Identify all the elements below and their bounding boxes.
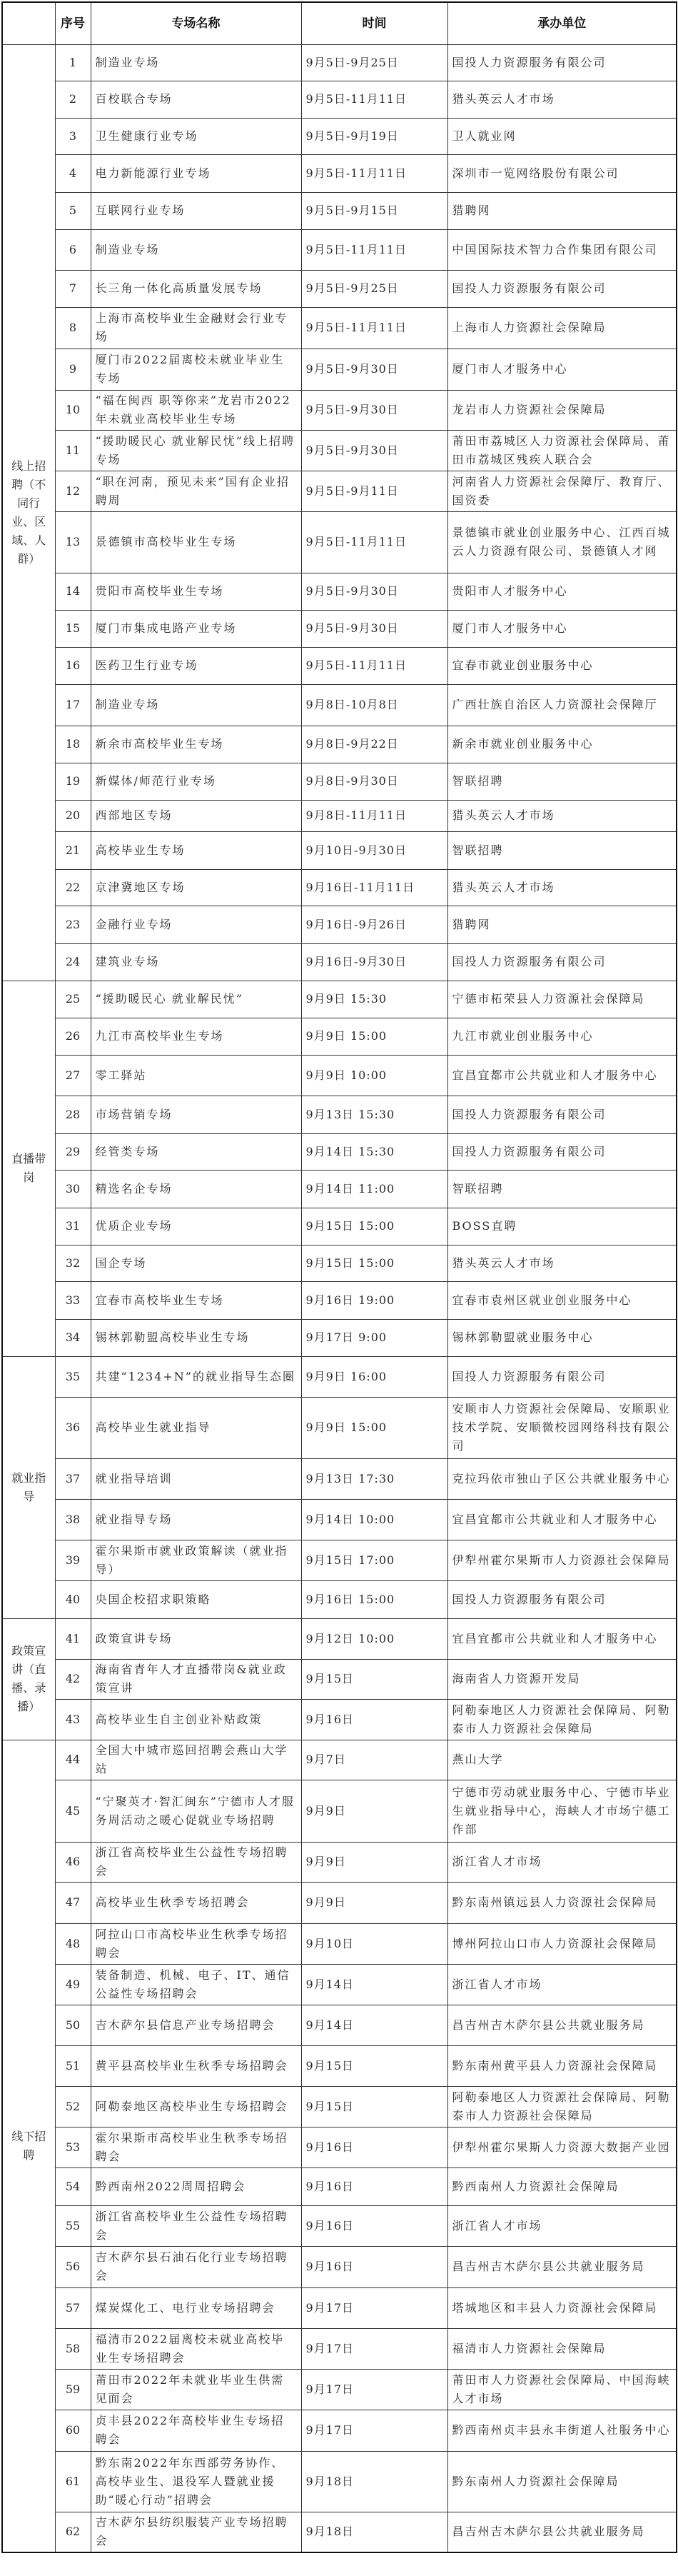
- seq-cell: 49: [55, 1964, 91, 2005]
- seq-cell: 27: [55, 1055, 91, 1096]
- org-cell: 安顺市人力资源社会保障局、安顺职业技术学院、安顺微校园网络科技有限公司: [447, 1397, 677, 1458]
- name-cell: 景德镇市高校毕业生专场: [91, 511, 301, 573]
- time-cell: 9月15日 15:00: [301, 1245, 447, 1281]
- header-org: 承办单位: [447, 2, 677, 44]
- seq-cell: 20: [55, 800, 91, 831]
- seq-cell: 23: [55, 906, 91, 943]
- time-cell: 9月16日: [301, 2127, 447, 2167]
- seq-cell: 28: [55, 1096, 91, 1133]
- org-cell: 智联招聘: [447, 1170, 677, 1208]
- seq-cell: 30: [55, 1170, 91, 1208]
- seq-cell: 26: [55, 1018, 91, 1055]
- time-cell: 9月9日 15:00: [301, 1018, 447, 1055]
- time-cell: 9月16日: [301, 2205, 447, 2246]
- org-cell: 国投人力资源服务有限公司: [447, 1356, 677, 1397]
- time-cell: 9月17日: [301, 2328, 447, 2369]
- name-cell: 高校毕业生就业指导: [91, 1397, 301, 1458]
- table-row: 56吉木萨尔县石油石化行业专场招聘会9月16日昌吉州吉木萨尔县公共就业服务局: [2, 2246, 677, 2287]
- org-cell: 国投人力资源服务有限公司: [447, 1580, 677, 1618]
- org-cell: 国投人力资源服务有限公司: [447, 44, 677, 81]
- org-cell: 福清市人力资源社会保障局: [447, 2328, 677, 2369]
- seq-cell: 41: [55, 1618, 91, 1659]
- org-cell: 阿勒泰地区人力资源社会保障局、阿勒泰市人力资源社会保障局: [447, 2086, 677, 2127]
- name-cell: 高校毕业生自主创业补贴政策: [91, 1699, 301, 1740]
- time-cell: 9月5日-9月25日: [301, 44, 447, 81]
- time-cell: 9月15日: [301, 2086, 447, 2127]
- org-cell: 中国国际技术智力合作集团有限公司: [447, 229, 677, 270]
- name-cell: 浙江省高校毕业生公益性专场招聘会: [91, 2205, 301, 2246]
- name-cell: 上海市高校毕业生金融财会行业专场: [91, 307, 301, 349]
- org-cell: 国投人力资源服务有限公司: [447, 1096, 677, 1133]
- time-cell: 9月8日-10月8日: [301, 684, 447, 726]
- time-cell: 9月7日: [301, 1740, 447, 1780]
- seq-cell: 53: [55, 2127, 91, 2167]
- seq-cell: 14: [55, 573, 91, 610]
- name-cell: 莆田市2022年未就业毕业生供需见面会: [91, 2369, 301, 2410]
- org-cell: 猎头英云人才市场: [447, 869, 677, 906]
- time-cell: 9月5日-9月19日: [301, 118, 447, 154]
- org-cell: 伊犁州霍尔果斯人力资源大数据产业园: [447, 2127, 677, 2167]
- org-cell: 海南省人力资源开发局: [447, 1659, 677, 1699]
- name-cell: 吉木萨尔县纺织服装产业专场招聘会: [91, 2512, 301, 2552]
- table-row: 52阿勒泰地区高校毕业生专场招聘会9月15日阿勒泰地区人力资源社会保障局、阿勒泰…: [2, 2086, 677, 2127]
- time-cell: 9月5日-11月11日: [301, 307, 447, 349]
- table-row: 21高校毕业生专场9月10日-9月30日智联招聘: [2, 831, 677, 869]
- seq-cell: 6: [55, 229, 91, 270]
- table-row: 19新媒体/师范行业专场9月8日-9月30日智联招聘: [2, 763, 677, 800]
- seq-cell: 19: [55, 763, 91, 800]
- seq-cell: 24: [55, 943, 91, 981]
- org-cell: 猎聘网: [447, 906, 677, 943]
- org-cell: 景德镇市就业创业服务中心、江西百城云人力资源有限公司、景德镇人才网: [447, 511, 677, 573]
- seq-cell: 36: [55, 1397, 91, 1458]
- seq-cell: 21: [55, 831, 91, 869]
- name-cell: 福清市2022届离校未就业高校毕业生专场招聘会: [91, 2328, 301, 2369]
- name-cell: 浙江省高校毕业生公益性专场招聘会: [91, 1842, 301, 1882]
- time-cell: 9月13日 17:30: [301, 1458, 447, 1499]
- seq-cell: 25: [55, 981, 91, 1018]
- name-cell: 海南省青年人才直播带岗&就业政策宣讲: [91, 1659, 301, 1699]
- name-cell: 电力新能源行业专场: [91, 154, 301, 192]
- name-cell: 制造业专场: [91, 684, 301, 726]
- org-cell: 九江市就业创业服务中心: [447, 1018, 677, 1055]
- time-cell: 9月5日-9月15日: [301, 192, 447, 229]
- time-cell: 9月15日: [301, 1659, 447, 1699]
- org-cell: 广西壮族自治区人力资源社会保障厅: [447, 684, 677, 726]
- table-row: 54黔西南州2022周周招聘会9月16日黔西南州人力资源社会保障局: [2, 2167, 677, 2205]
- table-row: 17制造业专场9月8日-10月8日广西壮族自治区人力资源社会保障厅: [2, 684, 677, 726]
- org-cell: 昌吉州吉木萨尔县公共就业服务局: [447, 2512, 677, 2552]
- seq-cell: 61: [55, 2451, 91, 2512]
- seq-cell: 35: [55, 1356, 91, 1397]
- org-cell: 智联招聘: [447, 831, 677, 869]
- seq-cell: 58: [55, 2328, 91, 2369]
- org-cell: 深圳市一览网络股份有限公司: [447, 154, 677, 192]
- seq-cell: 59: [55, 2369, 91, 2410]
- seq-cell: 47: [55, 1882, 91, 1923]
- org-cell: 锡林郭勒盟就业服务中心: [447, 1319, 677, 1356]
- org-cell: 宁德市柘荣县人力资源社会保障局: [447, 981, 677, 1018]
- category-cell: 就业指导: [2, 1356, 55, 1618]
- table-row: 53霍尔果斯市高校毕业生秋季专场招聘会9月16日伊犁州霍尔果斯人力资源大数据产业…: [2, 2127, 677, 2167]
- table-row: 9厦门市2022届离校未就业毕业生专场9月5日-9月30日厦门市人才服务中心: [2, 349, 677, 390]
- name-cell: 央国企校招求职策略: [91, 1580, 301, 1618]
- table-row: 59莆田市2022年未就业毕业生供需见面会9月17日莆田市人力资源社会保障局、中…: [2, 2369, 677, 2410]
- header-name: 专场名称: [91, 2, 301, 44]
- table-row: 40央国企校招求职策略9月16日 15:00国投人力资源服务有限公司: [2, 1580, 677, 1618]
- org-cell: 黔西南州人力资源社会保障局: [447, 2167, 677, 2205]
- table-row: 12“职在河南，预见未来”国有企业招聘周9月5日-9月11日河南省人力资源社会保…: [2, 471, 677, 511]
- org-cell: 浙江省人才市场: [447, 1842, 677, 1882]
- table-row: 10“福在闽西 职等你来”龙岩市2022年未就业高校毕业生专场9月5日-9月30…: [2, 390, 677, 430]
- org-cell: 伊犁州霍尔果斯市人力资源社会保障局: [447, 1540, 677, 1580]
- name-cell: 吉木萨尔县信息产业专场招聘会: [91, 2005, 301, 2045]
- table-row: 20西部地区专场9月8日-11月11日猎头英云人才市场: [2, 800, 677, 831]
- time-cell: 9月8日-9月22日: [301, 726, 447, 763]
- time-cell: 9月8日-9月30日: [301, 763, 447, 800]
- name-cell: 贞丰县2022年高校毕业生专场招聘会: [91, 2410, 301, 2451]
- table-row: 42海南省青年人才直播带岗&就业政策宣讲9月15日海南省人力资源开发局: [2, 1659, 677, 1699]
- table-row: 28市场营销专场9月13日 15:30国投人力资源服务有限公司: [2, 1096, 677, 1133]
- table-row: 27零工驿站9月9日 10:00宜昌宜都市公共就业和人才服务中心: [2, 1055, 677, 1096]
- seq-cell: 55: [55, 2205, 91, 2246]
- seq-cell: 12: [55, 471, 91, 511]
- header-seq: 序号: [55, 2, 91, 44]
- time-cell: 9月14日 15:30: [301, 1133, 447, 1170]
- table-row: 38就业指导专场9月14日 10:00宜昌宜都市公共就业和人才服务中心: [2, 1499, 677, 1540]
- seq-cell: 45: [55, 1780, 91, 1842]
- name-cell: 高校毕业生秋季专场招聘会: [91, 1882, 301, 1923]
- time-cell: 9月9日 16:00: [301, 1356, 447, 1397]
- seq-cell: 4: [55, 154, 91, 192]
- job-fair-schedule-table: 序号 专场名称 时间 承办单位 线上招聘（不同行业、区域、人群）1制造业专场9月…: [1, 1, 677, 2553]
- time-cell: 9月17日: [301, 2369, 447, 2410]
- time-cell: 9月5日-11月11日: [301, 229, 447, 270]
- name-cell: 吉木萨尔县石油石化行业专场招聘会: [91, 2246, 301, 2287]
- org-cell: 昌吉州吉木萨尔县公共就业服务局: [447, 2005, 677, 2045]
- name-cell: 医药卫生行业专场: [91, 647, 301, 684]
- seq-cell: 9: [55, 349, 91, 390]
- org-cell: 燕山大学: [447, 1740, 677, 1780]
- org-cell: 宜昌宜都市公共就业和人才服务中心: [447, 1618, 677, 1659]
- table-row: 55浙江省高校毕业生公益性专场招聘会9月16日浙江省人才市场: [2, 2205, 677, 2246]
- org-cell: 猎头英云人才市场: [447, 800, 677, 831]
- name-cell: 新余市高校毕业生专场: [91, 726, 301, 763]
- time-cell: 9月5日-9月30日: [301, 349, 447, 390]
- org-cell: 龙岩市人力资源社会保障局: [447, 390, 677, 430]
- table-row: 48阿拉山口市高校毕业生秋季专场招聘会9月10日博州阿拉山口市人力资源社会保障局: [2, 1923, 677, 1964]
- time-cell: 9月17日: [301, 2410, 447, 2451]
- seq-cell: 10: [55, 390, 91, 430]
- time-cell: 9月16日-9月30日: [301, 943, 447, 981]
- time-cell: 9月16日: [301, 2167, 447, 2205]
- org-cell: 黔西南州贞丰县永丰街道人社服务中心: [447, 2410, 677, 2451]
- time-cell: 9月5日-9月30日: [301, 430, 447, 471]
- table-body: 线上招聘（不同行业、区域、人群）1制造业专场9月5日-9月25日国投人力资源服务…: [2, 44, 677, 2552]
- time-cell: 9月9日 15:00: [301, 1397, 447, 1458]
- category-cell: 线下招聘: [2, 1740, 55, 2552]
- table-row: 62吉木萨尔县纺织服装产业专场招聘会9月18日昌吉州吉木萨尔县公共就业服务局: [2, 2512, 677, 2552]
- time-cell: 9月16日 19:00: [301, 1281, 447, 1319]
- org-cell: 宜昌宜都市公共就业和人才服务中心: [447, 1499, 677, 1540]
- name-cell: 共建“1234+N”的就业指导生态圈: [91, 1356, 301, 1397]
- org-cell: 猎头英云人才市场: [447, 1245, 677, 1281]
- table-row: 8上海市高校毕业生金融财会行业专场9月5日-11月11日上海市人力资源社会保障局: [2, 307, 677, 349]
- seq-cell: 62: [55, 2512, 91, 2552]
- header-category: [2, 2, 55, 44]
- table-row: 政策宣讲（直播、录播）41政策宣讲专场9月12日 10:00宜昌宜都市公共就业和…: [2, 1618, 677, 1659]
- table-row: 33宜春市高校毕业生专场9月16日 19:00宜春市袁州区就业创业服务中心: [2, 1281, 677, 1319]
- table-row: 49装备制造、机械、电子、IT、通信公益性专场招聘会9月14日浙江省人才市场: [2, 1964, 677, 2005]
- name-cell: “宁聚英才·智汇闽东”宁德市人才服务周活动之暖心促就业专场招聘: [91, 1780, 301, 1842]
- seq-cell: 29: [55, 1133, 91, 1170]
- org-cell: 黔东南州镇远县人力资源社会保障局: [447, 1882, 677, 1923]
- table-row: 30精选名企专场9月14日 11:00智联招聘: [2, 1170, 677, 1208]
- org-cell: 宜春市袁州区就业创业服务中心: [447, 1281, 677, 1319]
- seq-cell: 13: [55, 511, 91, 573]
- time-cell: 9月17日: [301, 2287, 447, 2328]
- org-cell: 厦门市人才服务中心: [447, 349, 677, 390]
- seq-cell: 8: [55, 307, 91, 349]
- seq-cell: 2: [55, 81, 91, 118]
- table-row: 线上招聘（不同行业、区域、人群）1制造业专场9月5日-9月25日国投人力资源服务…: [2, 44, 677, 81]
- time-cell: 9月5日-9月30日: [301, 573, 447, 610]
- seq-cell: 46: [55, 1842, 91, 1882]
- name-cell: 京津冀地区专场: [91, 869, 301, 906]
- table-row: 2百校联合专场9月5日-11月11日猎头英云人才市场: [2, 81, 677, 118]
- seq-cell: 15: [55, 610, 91, 647]
- table-row: 50吉木萨尔县信息产业专场招聘会9月14日昌吉州吉木萨尔县公共就业服务局: [2, 2005, 677, 2045]
- time-cell: 9月5日-9月25日: [301, 270, 447, 307]
- seq-cell: 37: [55, 1458, 91, 1499]
- seq-cell: 48: [55, 1923, 91, 1964]
- time-cell: 9月5日-11月11日: [301, 81, 447, 118]
- name-cell: 黄平县高校毕业生秋季专场招聘会: [91, 2045, 301, 2086]
- time-cell: 9月5日-11月11日: [301, 647, 447, 684]
- name-cell: 阿拉山口市高校毕业生秋季专场招聘会: [91, 1923, 301, 1964]
- name-cell: 互联网行业专场: [91, 192, 301, 229]
- table-row: 4电力新能源行业专场9月5日-11月11日深圳市一览网络股份有限公司: [2, 154, 677, 192]
- org-cell: 厦门市人才服务中心: [447, 610, 677, 647]
- time-cell: 9月15日 17:00: [301, 1540, 447, 1580]
- seq-cell: 22: [55, 869, 91, 906]
- table-row: 60贞丰县2022年高校毕业生专场招聘会9月17日黔西南州贞丰县永丰街道人社服务…: [2, 2410, 677, 2451]
- name-cell: 宜春市高校毕业生专场: [91, 1281, 301, 1319]
- name-cell: 装备制造、机械、电子、IT、通信公益性专场招聘会: [91, 1964, 301, 2005]
- name-cell: 精选名企专场: [91, 1170, 301, 1208]
- org-cell: 阿勒泰地区人力资源社会保障局、阿勒泰市人力资源社会保障局: [447, 1699, 677, 1740]
- name-cell: 百校联合专场: [91, 81, 301, 118]
- time-cell: 9月18日: [301, 2512, 447, 2552]
- seq-cell: 3: [55, 118, 91, 154]
- table-row: 24建筑业专场9月16日-9月30日国投人力资源服务有限公司: [2, 943, 677, 981]
- org-cell: 莆田市人力资源社会保障局、中国海峡人才市场: [447, 2369, 677, 2410]
- category-cell: 政策宣讲（直播、录播）: [2, 1618, 55, 1740]
- table-row: 58福清市2022届离校未就业高校毕业生专场招聘会9月17日福清市人力资源社会保…: [2, 2328, 677, 2369]
- name-cell: 阿勒泰地区高校毕业生专场招聘会: [91, 2086, 301, 2127]
- org-cell: 浙江省人才市场: [447, 2205, 677, 2246]
- seq-cell: 51: [55, 2045, 91, 2086]
- time-cell: 9月8日-11月11日: [301, 800, 447, 831]
- name-cell: 就业指导培训: [91, 1458, 301, 1499]
- table-row: 61黔东南2022年东西部劳务协作、高校毕业生、退役军人暨就业援助“暖心行动”招…: [2, 2451, 677, 2512]
- table-row: 39霍尔果斯市就业政策解读（就业指导）9月15日 17:00伊犁州霍尔果斯市人力…: [2, 1540, 677, 1580]
- org-cell: BOSS直聘: [447, 1208, 677, 1245]
- table-row: 就业指导35共建“1234+N”的就业指导生态圈9月9日 16:00国投人力资源…: [2, 1356, 677, 1397]
- org-cell: 黔东南州人力资源社会保障局: [447, 2451, 677, 2512]
- table-row: 直播带岗25“援助暖民心 就业解民忧”9月9日 15:30宁德市柘荣县人力资源社…: [2, 981, 677, 1018]
- seq-cell: 56: [55, 2246, 91, 2287]
- time-cell: 9月13日 15:30: [301, 1096, 447, 1133]
- time-cell: 9月16日 15:00: [301, 1580, 447, 1618]
- org-cell: 塔城地区和丰县人力资源社会保障局: [447, 2287, 677, 2328]
- time-cell: 9月16日-9月26日: [301, 906, 447, 943]
- table-row: 46浙江省高校毕业生公益性专场招聘会9月9日浙江省人才市场: [2, 1842, 677, 1882]
- name-cell: 厦门市集成电路产业专场: [91, 610, 301, 647]
- table-row: 5互联网行业专场9月5日-9月15日猎聘网: [2, 192, 677, 229]
- org-cell: 新余市就业创业服务中心: [447, 726, 677, 763]
- table-row: 37就业指导培训9月13日 17:30克拉玛依市独山子区公共就业服务中心: [2, 1458, 677, 1499]
- seq-cell: 60: [55, 2410, 91, 2451]
- name-cell: 全国大中城市巡回招聘会燕山大学站: [91, 1740, 301, 1780]
- category-cell: 线上招聘（不同行业、区域、人群）: [2, 44, 55, 981]
- seq-cell: 40: [55, 1580, 91, 1618]
- table-row: 3卫生健康行业专场9月5日-9月19日卫人就业网: [2, 118, 677, 154]
- time-cell: 9月5日-9月30日: [301, 610, 447, 647]
- name-cell: 锡林郭勒盟高校毕业生专场: [91, 1319, 301, 1356]
- table-row: 18新余市高校毕业生专场9月8日-9月22日新余市就业创业服务中心: [2, 726, 677, 763]
- table-row: 47高校毕业生秋季专场招聘会9月9日黔东南州镇远县人力资源社会保障局: [2, 1882, 677, 1923]
- name-cell: 经管类专场: [91, 1133, 301, 1170]
- table-row: 15厦门市集成电路产业专场9月5日-9月30日厦门市人才服务中心: [2, 610, 677, 647]
- table-row: 32国企专场9月15日 15:00猎头英云人才市场: [2, 1245, 677, 1281]
- seq-cell: 42: [55, 1659, 91, 1699]
- table-row: 7长三角一体化高质量发展专场9月5日-9月25日国投人力资源服务有限公司: [2, 270, 677, 307]
- name-cell: 制造业专场: [91, 229, 301, 270]
- name-cell: 厦门市2022届离校未就业毕业生专场: [91, 349, 301, 390]
- table-row: 51黄平县高校毕业生秋季专场招聘会9月15日黔东南州黄平县人力资源社会保障局: [2, 2045, 677, 2086]
- time-cell: 9月9日: [301, 1882, 447, 1923]
- name-cell: 新媒体/师范行业专场: [91, 763, 301, 800]
- org-cell: 贵阳市人才服务中心: [447, 573, 677, 610]
- time-cell: 9月9日 10:00: [301, 1055, 447, 1096]
- org-cell: 博州阿拉山口市人力资源社会保障局: [447, 1923, 677, 1964]
- org-cell: 国投人力资源服务有限公司: [447, 270, 677, 307]
- time-cell: 9月10日: [301, 1923, 447, 1964]
- time-cell: 9月5日-11月11日: [301, 154, 447, 192]
- name-cell: “援助暖民心 就业解民忧”: [91, 981, 301, 1018]
- name-cell: 霍尔果斯市就业政策解读（就业指导）: [91, 1540, 301, 1580]
- seq-cell: 32: [55, 1245, 91, 1281]
- name-cell: 金融行业专场: [91, 906, 301, 943]
- time-cell: 9月17日 9:00: [301, 1319, 447, 1356]
- table-row: 11“援助暖民心 就业解民忧”线上招聘专场9月5日-9月30日莆田市荔城区人力资…: [2, 430, 677, 471]
- org-cell: 昌吉州吉木萨尔县公共就业服务局: [447, 2246, 677, 2287]
- name-cell: 卫生健康行业专场: [91, 118, 301, 154]
- seq-cell: 17: [55, 684, 91, 726]
- seq-cell: 44: [55, 1740, 91, 1780]
- name-cell: 优质企业专场: [91, 1208, 301, 1245]
- org-cell: 国投人力资源服务有限公司: [447, 1133, 677, 1170]
- seq-cell: 50: [55, 2005, 91, 2045]
- table-row: 26九江市高校毕业生专场9月9日 15:00九江市就业创业服务中心: [2, 1018, 677, 1055]
- time-cell: 9月14日 11:00: [301, 1170, 447, 1208]
- name-cell: 贵阳市高校毕业生专场: [91, 573, 301, 610]
- table-row: 16医药卫生行业专场9月5日-11月11日宜春市就业创业服务中心: [2, 647, 677, 684]
- seq-cell: 43: [55, 1699, 91, 1740]
- time-cell: 9月5日-9月30日: [301, 390, 447, 430]
- org-cell: 智联招聘: [447, 763, 677, 800]
- table-row: 22京津冀地区专场9月16日-11月11日猎头英云人才市场: [2, 869, 677, 906]
- seq-cell: 38: [55, 1499, 91, 1540]
- org-cell: 浙江省人才市场: [447, 1964, 677, 2005]
- org-cell: 克拉玛依市独山子区公共就业服务中心: [447, 1458, 677, 1499]
- table-row: 14贵阳市高校毕业生专场9月5日-9月30日贵阳市人才服务中心: [2, 573, 677, 610]
- org-cell: 宜昌宜都市公共就业和人才服务中心: [447, 1055, 677, 1096]
- org-cell: 猎聘网: [447, 192, 677, 229]
- org-cell: 宜春市就业创业服务中心: [447, 647, 677, 684]
- org-cell: 黔东南州黄平县人力资源社会保障局: [447, 2045, 677, 2086]
- seq-cell: 7: [55, 270, 91, 307]
- table-row: 34锡林郭勒盟高校毕业生专场9月17日 9:00锡林郭勒盟就业服务中心: [2, 1319, 677, 1356]
- time-cell: 9月18日: [301, 2451, 447, 2512]
- name-cell: 就业指导专场: [91, 1499, 301, 1540]
- time-cell: 9月10日-9月30日: [301, 831, 447, 869]
- seq-cell: 11: [55, 430, 91, 471]
- name-cell: “福在闽西 职等你来”龙岩市2022年未就业高校毕业生专场: [91, 390, 301, 430]
- header-time: 时间: [301, 2, 447, 44]
- seq-cell: 16: [55, 647, 91, 684]
- time-cell: 9月9日: [301, 1842, 447, 1882]
- name-cell: 制造业专场: [91, 44, 301, 81]
- seq-cell: 1: [55, 44, 91, 81]
- org-cell: 宁德市劳动就业服务中心、宁德市毕业生就业指导中心，海峡人才市场宁德工作部: [447, 1780, 677, 1842]
- name-cell: 高校毕业生专场: [91, 831, 301, 869]
- time-cell: 9月16日-11月11日: [301, 869, 447, 906]
- seq-cell: 5: [55, 192, 91, 229]
- seq-cell: 57: [55, 2287, 91, 2328]
- name-cell: 长三角一体化高质量发展专场: [91, 270, 301, 307]
- seq-cell: 31: [55, 1208, 91, 1245]
- table-row: 6制造业专场9月5日-11月11日中国国际技术智力合作集团有限公司: [2, 229, 677, 270]
- name-cell: “援助暖民心 就业解民忧”线上招聘专场: [91, 430, 301, 471]
- table-row: 29经管类专场9月14日 15:30国投人力资源服务有限公司: [2, 1133, 677, 1170]
- time-cell: 9月15日 15:00: [301, 1208, 447, 1245]
- org-cell: 猎头英云人才市场: [447, 81, 677, 118]
- name-cell: 九江市高校毕业生专场: [91, 1018, 301, 1055]
- name-cell: 建筑业专场: [91, 943, 301, 981]
- seq-cell: 34: [55, 1319, 91, 1356]
- org-cell: 国投人力资源服务有限公司: [447, 943, 677, 981]
- table-row: 23金融行业专场9月16日-9月26日猎聘网: [2, 906, 677, 943]
- time-cell: 9月16日: [301, 1699, 447, 1740]
- name-cell: 煤炭煤化工、电行业专场招聘会: [91, 2287, 301, 2328]
- seq-cell: 52: [55, 2086, 91, 2127]
- seq-cell: 39: [55, 1540, 91, 1580]
- name-cell: 黔西南州2022周周招聘会: [91, 2167, 301, 2205]
- time-cell: 9月9日 15:30: [301, 981, 447, 1018]
- time-cell: 9月5日-9月11日: [301, 471, 447, 511]
- name-cell: 零工驿站: [91, 1055, 301, 1096]
- time-cell: 9月15日: [301, 2045, 447, 2086]
- time-cell: 9月5日-11月11日: [301, 511, 447, 573]
- table-row: 13景德镇市高校毕业生专场9月5日-11月11日景德镇市就业创业服务中心、江西百…: [2, 511, 677, 573]
- time-cell: 9月16日: [301, 2246, 447, 2287]
- org-cell: 卫人就业网: [447, 118, 677, 154]
- table-row: 57煤炭煤化工、电行业专场招聘会9月17日塔城地区和丰县人力资源社会保障局: [2, 2287, 677, 2328]
- name-cell: “职在河南，预见未来”国有企业招聘周: [91, 471, 301, 511]
- table-row: 45“宁聚英才·智汇闽东”宁德市人才服务周活动之暖心促就业专场招聘9月9日宁德市…: [2, 1780, 677, 1842]
